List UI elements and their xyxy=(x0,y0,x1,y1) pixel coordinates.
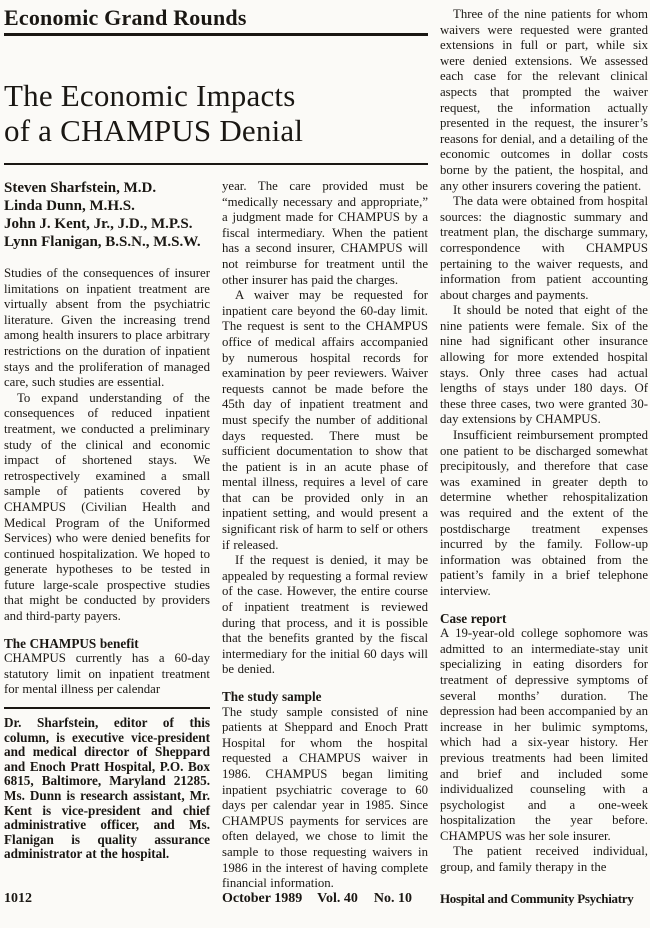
paragraph: A waiver may be requested for inpatient … xyxy=(222,288,428,553)
column-3-text: Three of the nine patients for whom waiv… xyxy=(440,7,648,876)
issue-date: October 1989 xyxy=(222,891,302,907)
author-name: Lynn Flanigan, B.S.N., M.S.W. xyxy=(4,233,210,251)
section-heading: Case report xyxy=(440,611,648,627)
author-name: Steven Sharfstein, M.D. xyxy=(4,179,210,197)
section-heading: The CHAMPUS benefit xyxy=(4,636,210,652)
page-number: 1012 xyxy=(4,891,210,907)
header-and-main-columns: Economic Grand Rounds The Economic Impac… xyxy=(4,6,428,928)
page-footer: 1012 October 1989 Vol. 40 No. 10 Hospita… xyxy=(4,891,648,907)
paragraph: Three of the nine patients for whom waiv… xyxy=(440,7,648,194)
article-title: The Economic Impacts of a CHAMPUS Denial xyxy=(4,78,428,148)
paragraph: CHAMPUS currently has a 60-day statutory… xyxy=(4,651,210,698)
paragraph: Studies of the consequences of insurer l… xyxy=(4,266,210,391)
section-heading: The study sample xyxy=(222,689,428,705)
column-1: Steven Sharfstein, M.D.Linda Dunn, M.H.S… xyxy=(4,179,210,928)
paragraph: A 19-year-old college sophomore was admi… xyxy=(440,626,648,844)
author-footnote: Dr. Sharfstein, editor of this column, i… xyxy=(4,716,210,862)
kicker-rule xyxy=(4,33,428,36)
section-kicker: Economic Grand Rounds xyxy=(4,6,428,30)
column-2-text: year. The care provided must be “medical… xyxy=(222,179,428,892)
journal-page: Economic Grand Rounds The Economic Impac… xyxy=(0,0,650,928)
paragraph: If the request is denied, it may be appe… xyxy=(222,553,428,678)
title-rule xyxy=(4,163,428,165)
author-name: John J. Kent, Jr., J.D., M.P.S. xyxy=(4,215,210,233)
column-1-text: Studies of the consequences of insurer l… xyxy=(4,266,210,698)
author-list: Steven Sharfstein, M.D.Linda Dunn, M.H.S… xyxy=(4,179,210,251)
volume-label: Vol. 40 xyxy=(317,891,358,907)
body-columns: Steven Sharfstein, M.D.Linda Dunn, M.H.S… xyxy=(4,179,428,928)
issue-info: October 1989 Vol. 40 No. 10 xyxy=(222,891,428,907)
paragraph: Insufficient reimbursement prompted one … xyxy=(440,428,648,600)
issue-number: No. 10 xyxy=(374,891,412,907)
footnote-rule xyxy=(4,707,210,709)
paragraph: The study sample consisted of nine patie… xyxy=(222,705,428,892)
paragraph: To expand understanding of the consequen… xyxy=(4,391,210,625)
journal-name: Hospital and Community Psychiatry xyxy=(440,891,648,907)
paragraph: The data were obtained from hospital sou… xyxy=(440,194,648,303)
author-name: Linda Dunn, M.H.S. xyxy=(4,197,210,215)
title-line-2: of a CHAMPUS Denial xyxy=(4,113,428,148)
column-2: year. The care provided must be “medical… xyxy=(222,179,428,928)
column-3: Three of the nine patients for whom waiv… xyxy=(440,6,648,928)
paragraph: It should be noted that eight of the nin… xyxy=(440,303,648,428)
paragraph: The patient received individual, group, … xyxy=(440,844,648,875)
paragraph: year. The care provided must be “medical… xyxy=(222,179,428,288)
title-line-1: The Economic Impacts xyxy=(4,78,428,113)
